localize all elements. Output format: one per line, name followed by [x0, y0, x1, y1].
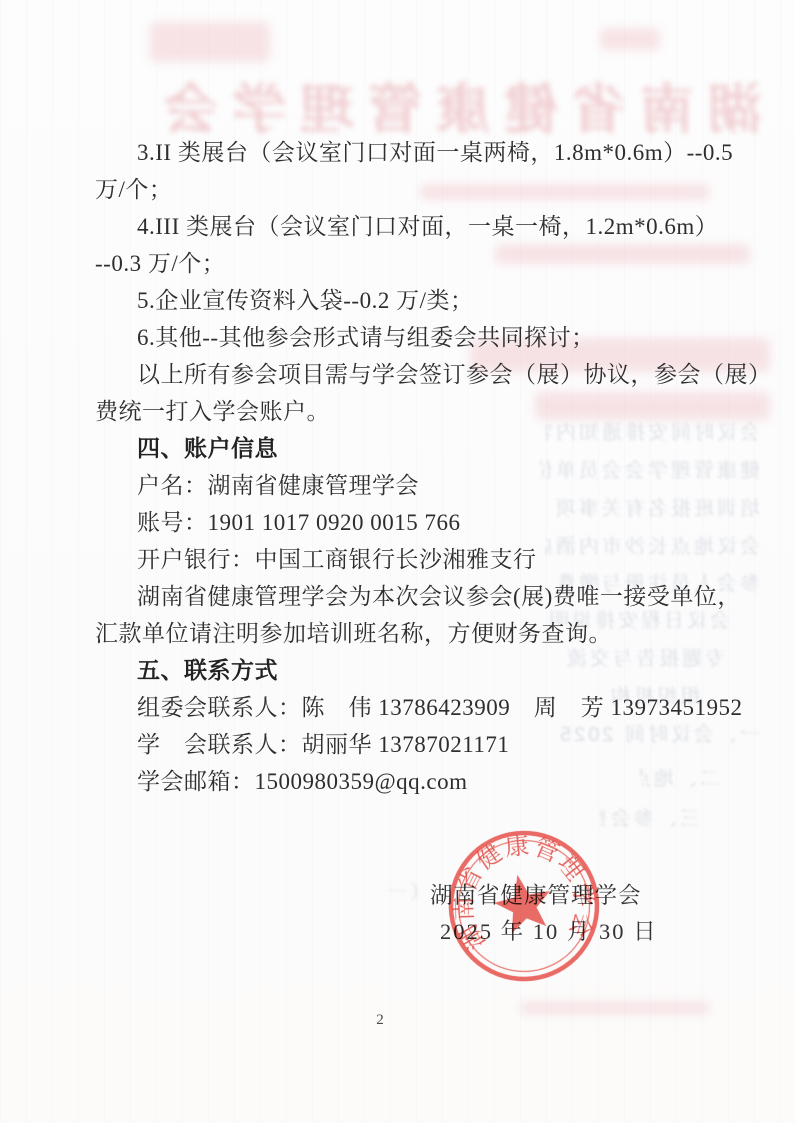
- document-line: 万/个；: [95, 171, 745, 208]
- document-line: 账号：1901 1017 0920 0015 766: [95, 504, 745, 541]
- bleed-through-text: 三、参会费: [600, 808, 700, 832]
- document-line: 以上所有参会项目需与学会签订参会（展）协议，参会（展）: [95, 356, 745, 393]
- document-line: 组委会联系人：陈 伟 13786423909 周 芳 13973451952: [95, 689, 745, 726]
- bleed-through-text: （一: [390, 882, 430, 906]
- section-heading: 四、账户信息: [95, 430, 745, 467]
- section-heading: 五、联系方式: [95, 652, 745, 689]
- document-line: 汇款单位请注明参加培训班名称，方便财务查询。: [95, 615, 745, 652]
- document-line: 费统一打入学会账户。: [95, 393, 745, 430]
- bleed-through-smudge: [600, 28, 660, 50]
- document-line: 学 会联系人：胡丽华 13787021171: [95, 726, 745, 763]
- bleed-through-smudge: [520, 1002, 710, 1014]
- document-line: 4.III 类展台（会议室门口对面，一桌一椅，1.2m*0.6m）: [95, 208, 745, 245]
- document-line: 5.企业宣传资料入袋--0.2 万/类；: [95, 282, 745, 319]
- bleed-through-smudge: [150, 22, 270, 62]
- document-body: 3.II 类展台（会议室门口对面一桌两椅，1.8m*0.6m）--0.5万/个；…: [95, 134, 745, 800]
- document-page: 湖南省健康管理学会 会议时间安排通知内容健康管理学会会员单位培训班报名有关事项会…: [0, 0, 795, 1123]
- document-line: 湖南省健康管理学会为本次会议参会(展)费唯一接受单位，: [95, 578, 745, 615]
- seal-star-icon: [489, 869, 556, 936]
- official-seal: 湖南省健康管理学会: [420, 802, 629, 1011]
- document-line: 户名：湖南省健康管理学会: [95, 467, 745, 504]
- page-number: 2: [370, 1012, 390, 1029]
- document-line: 学会邮箱：1500980359@qq.com: [95, 763, 745, 800]
- document-line: 开户银行：中国工商银行长沙湘雅支行: [95, 541, 745, 578]
- document-line: 3.II 类展台（会议室门口对面一桌两椅，1.8m*0.6m）--0.5: [95, 134, 745, 171]
- document-line: 6.其他--其他参会形式请与组委会共同探讨；: [95, 319, 745, 356]
- document-line: --0.3 万/个；: [95, 245, 745, 282]
